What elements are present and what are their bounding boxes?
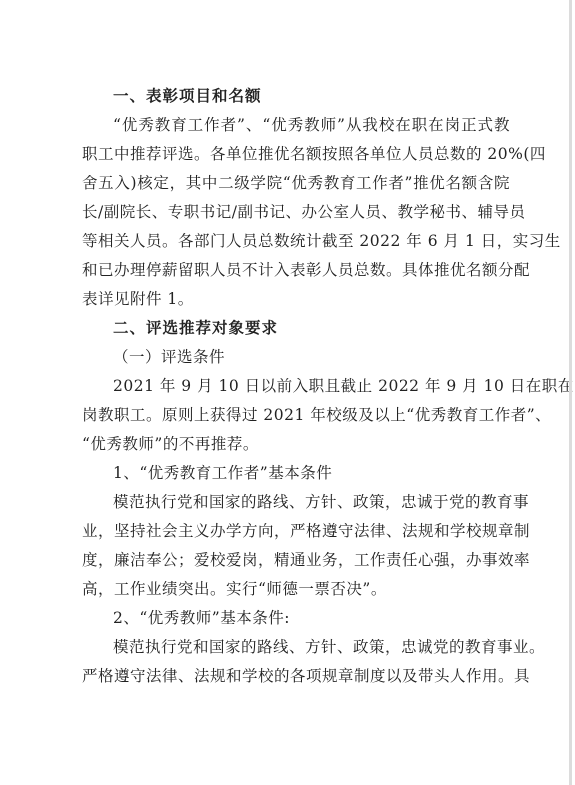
paragraph-line: 模范执行党和国家的路线、方针、政策，忠诚党的教育事业。	[82, 633, 510, 662]
paragraph-line: 2021 年 9 月 10 日以前入职且截止 2022 年 9 月 10 日在职…	[82, 372, 510, 401]
paragraph-line: 岗教职工。原则上获得过 2021 年校级及以上“优秀教育工作者”、	[82, 401, 510, 430]
document-page: 一、表彰项目和名额 “优秀教育工作者”、“优秀教师”从我校在职在岗正式教 职工中…	[0, 0, 572, 785]
paragraph-line: 模范执行党和国家的路线、方针、政策，忠诚于党的教育事	[82, 488, 510, 517]
criteria-title: 1、“优秀教育工作者”基本条件	[82, 459, 510, 488]
paragraph-line: “优秀教师”的不再推荐。	[82, 430, 510, 459]
criteria-item-1: 1、“优秀教育工作者”基本条件 模范执行党和国家的路线、方针、政策，忠诚于党的教…	[82, 459, 510, 604]
paragraph-line: 高，工作业绩突出。实行“师德一票否决”。	[82, 575, 510, 604]
paragraph-line: 度，廉洁奉公；爱校爱岗，精通业务，工作责任心强，办事效率	[82, 546, 510, 575]
paragraph-line: 表详见附件 1。	[82, 285, 510, 314]
document-body: 一、表彰项目和名额 “优秀教育工作者”、“优秀教师”从我校在职在岗正式教 职工中…	[82, 82, 510, 691]
paragraph-line: 等相关人员。各部门人员总数统计截至 2022 年 6 月 1 日，实习生	[82, 227, 510, 256]
paragraph-line: 严格遵守法律、法规和学校的各项规章制度以及带头人作用。具	[82, 662, 510, 691]
section-1-paragraph: “优秀教育工作者”、“优秀教师”从我校在职在岗正式教 职工中推荐评选。各单位推优…	[82, 111, 510, 314]
criteria-title: 2、“优秀教师”基本条件:	[82, 604, 510, 633]
paragraph-line: 和已办理停薪留职人员不计入表彰人员总数。具体推优名额分配	[82, 256, 510, 285]
paragraph-line: 业，坚持社会主义办学方向，严格遵守法律、法规和学校规章制	[82, 517, 510, 546]
section-heading-1: 一、表彰项目和名额	[82, 82, 510, 111]
page-edge-shadow	[569, 0, 572, 785]
paragraph-line: “优秀教育工作者”、“优秀教师”从我校在职在岗正式教	[82, 111, 510, 140]
paragraph-line: 职工中推荐评选。各单位推优名额按照各单位人员总数的 20%(四	[82, 140, 510, 169]
subsection-heading: （一）评选条件	[82, 343, 510, 372]
criteria-item-2: 2、“优秀教师”基本条件: 模范执行党和国家的路线、方针、政策，忠诚党的教育事业…	[82, 604, 510, 691]
paragraph-line: 舍五入)核定，其中二级学院“优秀教育工作者”推优名额含院	[82, 169, 510, 198]
section-heading-2: 二、评选推荐对象要求	[82, 314, 510, 343]
paragraph-line: 长/副院长、专职书记/副书记、办公室人员、教学秘书、辅导员	[82, 198, 510, 227]
section-2-paragraph: 2021 年 9 月 10 日以前入职且截止 2022 年 9 月 10 日在职…	[82, 372, 510, 459]
